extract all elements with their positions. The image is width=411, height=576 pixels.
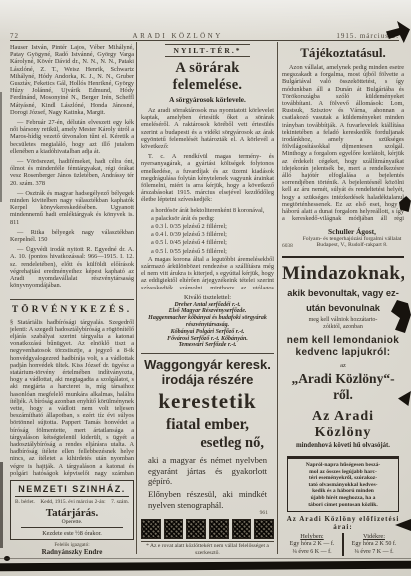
section-label-nyilt-ter: NYILT-TÉR.* [165,44,251,57]
price-list-item: a 0.4 l. 0/39 jelzésű 3 fillérrel; [151,231,274,238]
ornament-block [164,519,184,539]
theatre-number-note: 7. szám. [111,499,129,505]
director-name: Radnyánszky Endre [10,548,134,556]
article-paragraph: A magas korona által a legutóbbi áremelé… [141,256,274,289]
promo-line: akik bevonultak, vagy ez- [282,288,404,299]
signatory-name: Schuller Ágost, [300,227,404,236]
ad-keyword: kerestetik [141,389,274,414]
self-promo: Mindazoknak, akik bevonultak, vagy ez- u… [282,263,404,512]
ornament-row [141,516,274,541]
editor-footnote: * Az e rovat alatt közlöttekért nem váll… [141,541,274,556]
subscription-rates: Az Aradi Közlöny előfizetési árai: Helyb… [282,512,404,556]
promo-connector: az [282,362,404,369]
signature: Kőbányai Polgári Serfőző r.-t. [141,329,274,336]
article-subhead: A sörgyárosok körlevele. [141,95,274,104]
ad-body: aki a magyar és német nyelvben egyaránt … [141,452,274,486]
paper-brand-line: Az Aradi Közlöny [282,409,404,441]
signature: Haggenmacher kőbányai és budafoki sörgyá… [141,315,274,329]
signatory-address: Budapest, V., Rudolf-rakpart 8. [300,242,404,249]
signature-block: 6038 Schuller Ágost, Folyam- és tengerha… [282,227,404,249]
ad-reference-number: 6038 [282,243,300,249]
ornament-block [141,519,161,539]
ornament-block [186,519,206,539]
promo-tagline: mindenhová követi hű olvasóját. [282,442,404,449]
price-list-item: a 0.3 l. 0/35 jelzésű 2 fillérrel; [151,223,274,230]
article-headline: A sörárak felemelése. [141,60,274,94]
promo-line: kedvenc lapjukról: [282,347,404,359]
rate-row: ¼ évre 7 K — f. [346,549,402,556]
page-number: 72 [10,32,19,40]
divider [21,527,123,528]
newspaper-page: 72 ARADI KÖZLÖNY 1915. március 2. Hauser… [0,0,411,576]
news-brief: — Vörösrezet, hadifémeket, hadi célra ón… [10,158,134,187]
rate-row: Egy hóra 2 K — f. [284,541,340,548]
article-headline: Tájékoztatásul. [282,45,404,61]
article-paragraph: Az aradi sörraktárosok ma nyomtatott kör… [141,107,274,150]
scan-edge-mark [0,462,3,548]
paper-title: ARADI KÖZLÖNY [133,32,223,40]
subscription-title: Az Aradi Közlöny előfizetési árai: [282,515,404,531]
price-list-item: a 0.5 l. 0/55 jelzésű 5 fillérrel; [151,248,274,255]
curtain-time: Kezdete este ½8 órakor. [15,530,129,537]
theatre-name: NEMZETI SZINHÁZ. [15,484,129,497]
ad-line: esetleg nő, [141,434,274,452]
promo-headline: Mindazoknak, [282,263,404,284]
promo-line: nem kell lemondaniok [282,335,404,347]
promo-line: után bevonulnak [282,303,404,314]
page-edge-bar [0,561,411,572]
scan-edge-mark [0,92,2,202]
court-report: § Statáriális hadbírósági tárgyalás. Sze… [10,319,134,478]
theatre-ad-box: NEMZETI SZINHÁZ. B. bérlet. Kedd, 1915. … [10,480,134,540]
promo-small-line: zóiktól, azonban [282,324,404,331]
theatre-date: Kedd, 1915. évi március 2-án: [40,499,105,505]
ornament-block [254,519,274,539]
page-bottom-rule [0,558,411,559]
running-head: 72 ARADI KÖZLÖNY 1915. március 2. [10,28,399,41]
section-rule [282,256,404,258]
price-list-intro: a palacksör árát és pedig: [151,215,274,222]
price-list-intro: a hordósör árát hektoliterenként 8 koron… [151,207,274,214]
ad-line: fiatal ember, [141,416,274,434]
column-divider [136,42,137,554]
article-body: Azon vállalat, amelynek pedig minden ese… [282,64,404,222]
signature: Temesvári Serfőzde r.-t. [141,342,274,349]
play-title: Tatárjárás. [15,507,129,519]
ornament-block [209,519,229,539]
column-header: Vidékre: [346,533,402,540]
signature: Fővárosi Serfőző r.-t. Kőbányán. [141,336,274,343]
signature: Első Magyar Részvényserfőzde. [141,308,274,315]
ornament-block [232,519,252,539]
ad-body: Előnyben részesül, aki mindkét nyelven s… [141,486,274,510]
rate-row: ¼ évre 6 K — f. [284,549,340,556]
column-middle: NYILT-TÉR.* A sörárak felemelése. A sörg… [141,44,274,556]
promo-box-text: Napról-napra hűségesen beszá- mol az öss… [287,456,399,512]
section-heading-torvenykezes: TÖRVÉNYKEZÉS. [10,299,134,315]
donor-name-list: Hauser István, Pintér Lajos, Véber Mihál… [10,44,134,116]
price-list-item: a 0.5 l. 0/45 jelzésű 4 fillérrel; [151,239,274,246]
paper-brand-line: „Aradi Közlöny“-ről. [282,371,404,403]
job-advertisement: Waggongyár keresk. irodája részére keres… [141,353,274,516]
news-brief: — Ritka bélyegek nagy választékban Kerpe… [10,229,134,243]
column-divider [277,42,278,554]
subscription-column-province: Vidékre: Egy hóra 2 K 50 f. ¼ évre 7 K —… [342,533,404,556]
news-brief: — Ügyvédi irodát nyitott R. Egyedné dr. … [10,246,134,289]
news-brief: — Osztrák és magyar hadsegélyező bélyege… [10,190,134,226]
ad-line: Waggongyár keresk. [141,357,274,372]
subscription-column-local: Helyben: Egy hóra 2 K — f. ¼ évre 6 K — … [282,533,342,556]
column-header: Helyben: [284,533,340,540]
director-credit: Felelős igazgató: Radnyánszky Endre [10,540,134,556]
theatre-subscription-note: B. bérlet. [15,499,35,505]
column-right: Tájékoztatásul. Azon vállalat, amelynek … [282,44,404,556]
rate-row: Egy hóra 2 K 50 f. [346,541,402,548]
signature: Dreher Antal serfőzdéi r.-t. [141,302,274,309]
column-left: Hauser István, Pintér Lajos, Véber Mihál… [10,44,134,556]
news-brief: — Február 27-én, délután elveszett egy k… [10,119,134,155]
article-paragraph: T. c. A rendkívül magas termény- és nyer… [141,153,274,203]
ad-line: irodája részére [141,372,274,387]
play-genre: Operette. [15,519,129,525]
promo-small-line: meg kell válniok hozzátarto- [282,317,404,324]
letter-closing: Kiváló tisztelettel: [141,294,274,301]
